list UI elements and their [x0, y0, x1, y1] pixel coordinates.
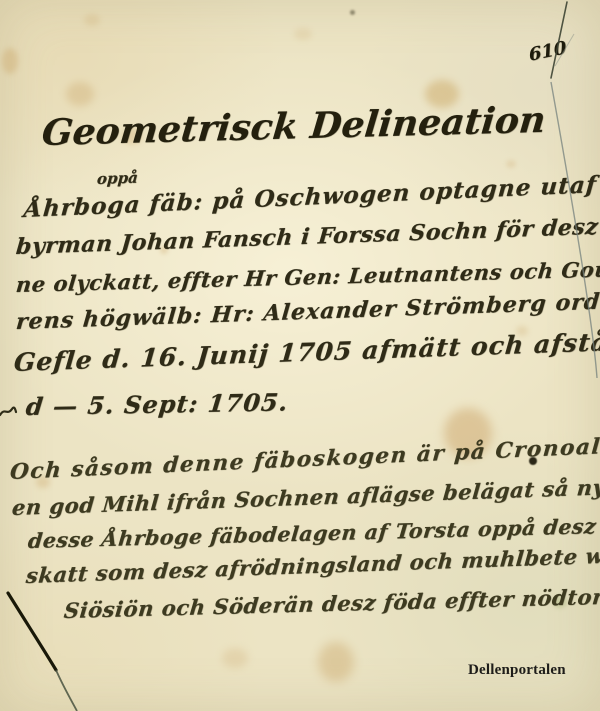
stain — [84, 14, 100, 26]
stain — [318, 642, 354, 682]
corner-number: 610 — [528, 37, 568, 65]
manuscript-line: Siösiön och Söderän desz föda effter nöd… — [63, 582, 600, 623]
edge-squiggle — [0, 408, 16, 415]
fold-stroke-tail — [56, 670, 77, 711]
manuscript-line: Och såsom denne fäboskogen är på Cronoal… — [9, 429, 600, 485]
fold-stroke — [8, 593, 56, 670]
stain — [2, 48, 18, 74]
speck — [350, 10, 355, 15]
inserted-word: oppå — [96, 169, 138, 188]
stain — [506, 160, 516, 168]
stain — [222, 648, 248, 668]
manuscript-title: Geometrisck Delineation — [40, 99, 547, 154]
watermark-label: Dellenportalen — [468, 662, 566, 679]
manuscript-line: d — 5. Sept: 1705. — [24, 387, 289, 421]
stain — [66, 82, 94, 106]
manuscript-line: Gefle d. 16. Junij 1705 afmätt och afstå… — [13, 326, 600, 377]
manuscript-line: ne olyckatt, effter Hr Gen: Leutnantens … — [15, 254, 600, 297]
stain — [294, 28, 312, 40]
manuscript-page: 610 Geometrisck Delineation oppå Åhrboga… — [0, 0, 600, 711]
